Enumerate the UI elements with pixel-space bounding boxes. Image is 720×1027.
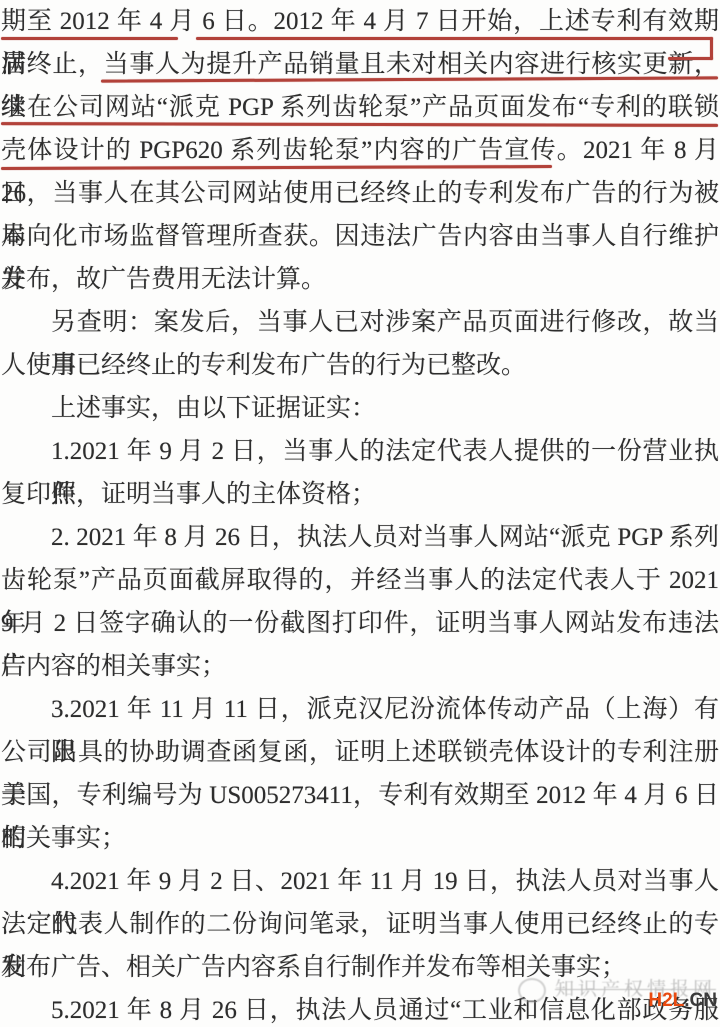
document-page: 期至 2012 年 4 月 6 日。2012 年 4 月 7 日开始，上述专利有… [0,0,720,1027]
text-line-9: 人使用已经终止的专利发布广告的行为已整改。 [1,344,719,387]
site-watermark: H2L.CN [648,990,717,1012]
text-line-17: 3.2021 年 11 月 11 日，派克汉尼汾流体传动产品（上海）有限 [1,688,719,731]
site-watermark-tld: .CN [684,990,717,1011]
text-line-21: 4.2021 年 9 月 2 日、2021 年 11 月 19 日，执法人员对当… [1,860,719,903]
text-line-19: 美国，专利编号为 US005273411，专利有效期至 2012 年 4 月 6… [1,774,719,817]
faint-stamp-circle-icon [518,978,546,1003]
text-line-22: 法定代表人制作的二份询问笔录，证明当事人使用已经终止的专利 [1,903,719,946]
text-line-20: 相关事实； [1,817,719,860]
underline-line1-right [196,37,713,40]
text-line-18: 公司出具的协助调查函复函，证明上述联锁壳体设计的专利注册于 [1,731,719,774]
site-watermark-brand: H2L [648,990,684,1011]
text-line-11: 1.2021 年 9 月 2 日，当事人的法定代表人提供的一份营业执照 [1,430,719,473]
underline-line1-left [1,37,178,40]
text-line-6: 局向化市场监督管理所查获。因违法广告内容由当事人自行维护并 [1,215,719,258]
text-line-14: 齿轮泵”产品页面截屏取得的，并经当事人的法定代表人于 2021 年 [1,559,719,602]
text-line-10: 上述事实，由以下证据证实： [1,387,719,430]
text-line-8: 另查明：案发后，当事人已对涉案产品页面进行修改，故当事 [1,301,719,344]
underline-bracket-hook [668,57,713,60]
text-line-5: 日，当事人在其公司网站使用已经终止的专利发布广告的行为被本 [1,172,719,215]
text-line-13: 2. 2021 年 8 月 26 日，执法人员对当事人网站“派克 PGP 系列 [1,516,719,559]
text-line-15: 9 月 2 日签字确认的一份截图打印件，证明当事人网站发布违法广 [1,602,719,645]
text-line-12: 复印件，证明当事人的主体资格； [1,473,719,516]
document-body: 期至 2012 年 4 月 6 日。2012 年 4 月 7 日开始，上述专利有… [0,0,720,1027]
text-line-7: 发布，故广告费用无法计算。 [1,258,719,301]
text-line-16: 告内容的相关事实； [1,645,719,688]
